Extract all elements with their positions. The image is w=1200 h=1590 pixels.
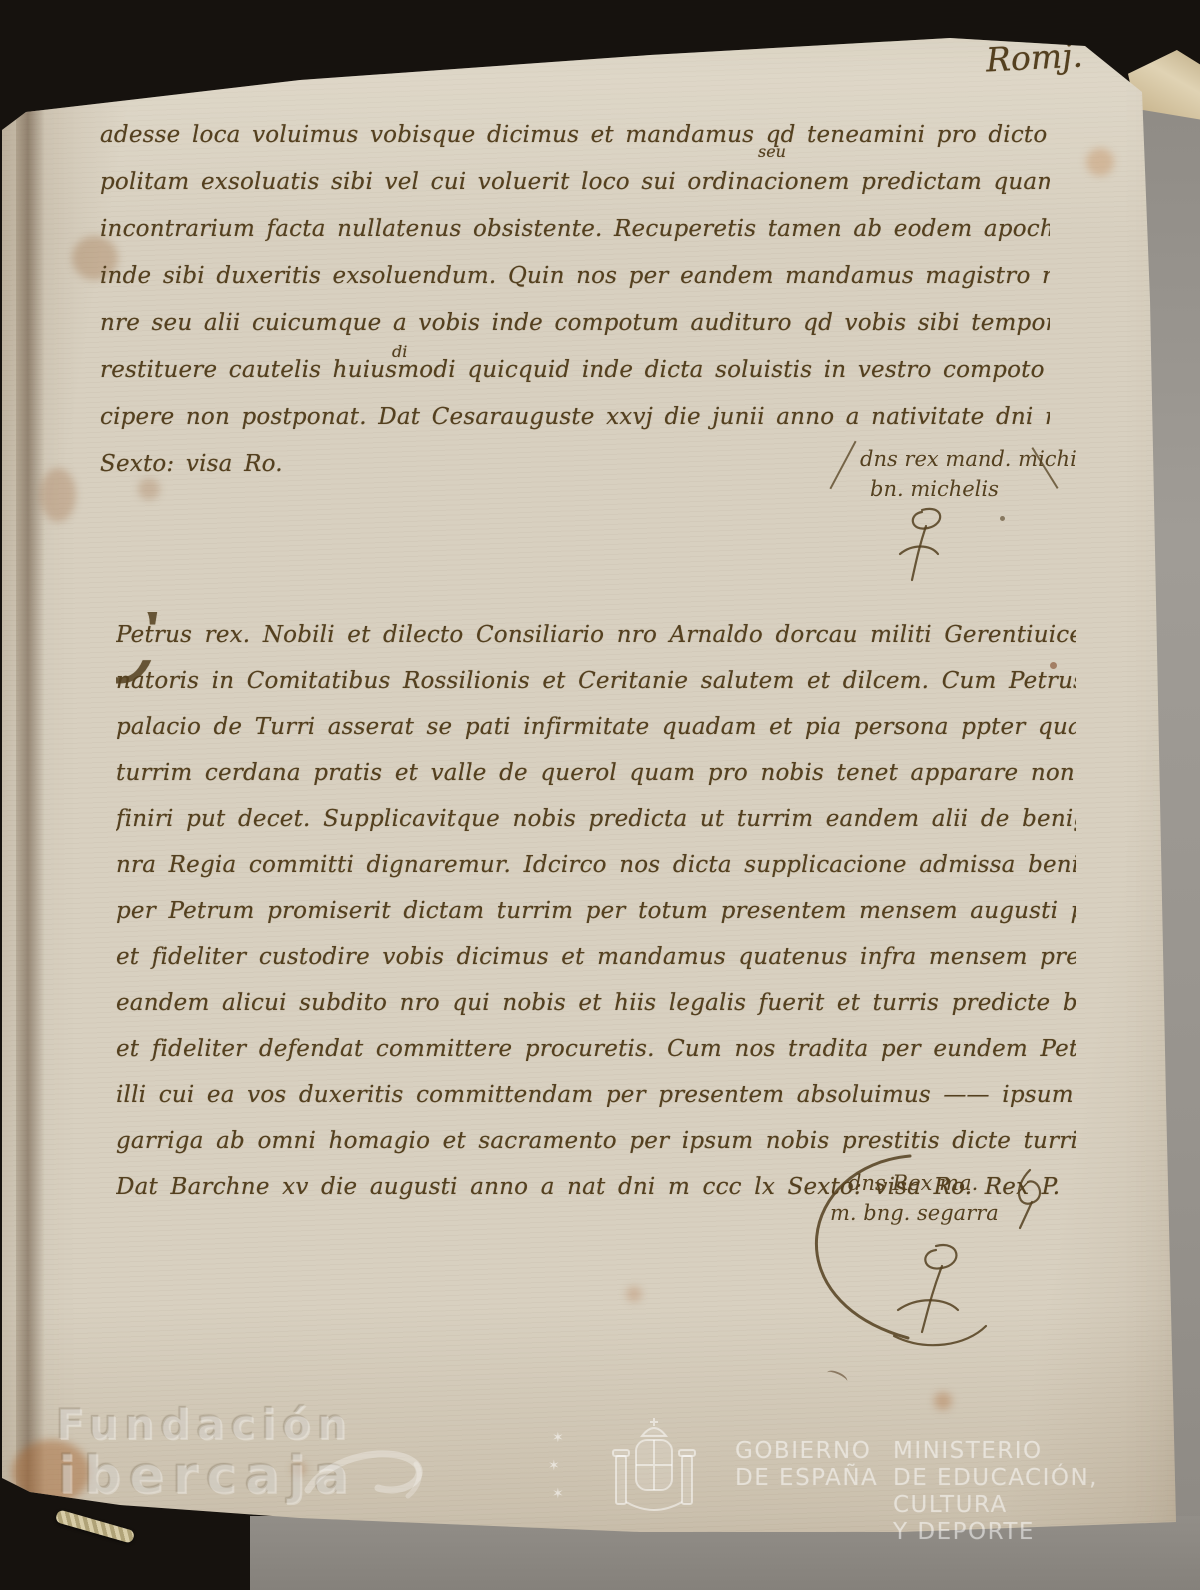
paper-stain bbox=[934, 1392, 952, 1410]
letter-one-text: adesse loca voluimus vobisque dicimus et… bbox=[100, 112, 1050, 488]
manuscript-line: garriga ab omni homagio et sacramento pe… bbox=[116, 1118, 1076, 1164]
manuscript-line: politam exsoluatis sibi vel cui voluerit… bbox=[100, 159, 1050, 206]
pen-flourish bbox=[1006, 1164, 1051, 1234]
binding-thread bbox=[55, 1509, 135, 1544]
folio-mark: Romj. bbox=[985, 35, 1084, 79]
gutter-crease bbox=[16, 108, 50, 1498]
notarial-paraph-1 bbox=[888, 502, 948, 587]
chancery-note-line: dns Rex ma. bbox=[848, 1168, 1017, 1198]
chancery-note-2: dns Rex ma. m. bng. segarra bbox=[848, 1168, 1017, 1228]
paper-stain bbox=[1086, 148, 1114, 176]
watermark-line: MINISTERIO bbox=[893, 1438, 1200, 1465]
paper-stain bbox=[626, 1286, 642, 1302]
manuscript-line: finiri put decet. Supplicavitque nobis p… bbox=[116, 796, 1076, 842]
manuscript-line: et fideliter defendat committere procure… bbox=[116, 1026, 1076, 1072]
watermark-line: DE ESPAÑA bbox=[735, 1465, 878, 1492]
star-icon: ✶ bbox=[548, 1458, 560, 1474]
ibercaja-swoosh-icon bbox=[300, 1438, 430, 1510]
star-icon: ✶ bbox=[552, 1486, 564, 1502]
notarial-paraph-2 bbox=[884, 1240, 994, 1350]
manuscript-line: eandem alicui subdito nro qui nobis et h… bbox=[116, 980, 1076, 1026]
manuscript-line: restituere cautelis huiusmodi quicquid i… bbox=[100, 347, 1050, 394]
watermark-line: GOBIERNO bbox=[735, 1438, 878, 1465]
manuscript-line: per Petrum promiserit dictam turrim per … bbox=[116, 888, 1076, 934]
manuscript-line: nre seu alii cuicumque a vobis inde comp… bbox=[100, 300, 1050, 347]
photo-stage: Romj. adesse loca voluimus vobisque dici… bbox=[0, 0, 1200, 1590]
manuscript-line: cipere non postponat. Dat Cesarauguste x… bbox=[100, 394, 1050, 441]
interline-insertion: di bbox=[392, 342, 407, 361]
manuscript-line: natoris in Comitatibus Rossilionis et Ce… bbox=[116, 658, 1076, 704]
interline-insertion: seu bbox=[758, 142, 786, 161]
chancery-note-line: bn. michelis bbox=[870, 474, 1087, 504]
chancery-note-line: dns rex mand. michi bbox=[860, 444, 1077, 474]
manuscript-line: nra Regia committi dignaremur. Idcirco n… bbox=[116, 842, 1076, 888]
star-icon: ✶ bbox=[552, 1430, 564, 1446]
manuscript-line: turrim cerdana pratis et valle de querol… bbox=[116, 750, 1076, 796]
ink-speck bbox=[1112, 62, 1118, 68]
manuscript-line: adesse loca voluimus vobisque dicimus et… bbox=[100, 112, 1050, 159]
chancery-note-line: m. bng. segarra bbox=[830, 1198, 999, 1228]
manuscript-line: inde sibi duxeritis exsoluendum. Quin no… bbox=[100, 253, 1050, 300]
letter-two-text: C Petrus rex. Nobili et dilecto Consilia… bbox=[116, 612, 1076, 1210]
watermark-ministerio: MINISTERIO DE EDUCACIÓN, CULTURA Y DEPOR… bbox=[893, 1438, 1200, 1546]
chancery-note-1: dns rex mand. michi bn. michelis bbox=[860, 444, 1077, 504]
watermark-gobierno: GOBIERNO DE ESPAÑA bbox=[735, 1438, 878, 1492]
manuscript-page: Romj. adesse loca voluimus vobisque dici… bbox=[0, 0, 1200, 1590]
paper-stain bbox=[40, 468, 76, 522]
watermark-line: DE EDUCACIÓN, CULTURA bbox=[893, 1465, 1200, 1519]
manuscript-line: Petrus rex. Nobili et dilecto Consiliari… bbox=[116, 612, 1076, 658]
manuscript-line: palacio de Turri asserat se pati infirmi… bbox=[116, 704, 1076, 750]
manuscript-line: illi cui ea vos duxeritis committendam p… bbox=[116, 1072, 1076, 1118]
spain-coat-of-arms-icon bbox=[612, 1416, 696, 1520]
manuscript-line: et fideliter custodire vobis dicimus et … bbox=[116, 934, 1076, 980]
fiber-curl bbox=[825, 1368, 849, 1386]
manuscript-line: incontrarium facta nullatenus obsistente… bbox=[100, 206, 1050, 253]
watermark-line: Y DEPORTE bbox=[893, 1519, 1200, 1546]
ink-speck bbox=[1000, 516, 1005, 521]
